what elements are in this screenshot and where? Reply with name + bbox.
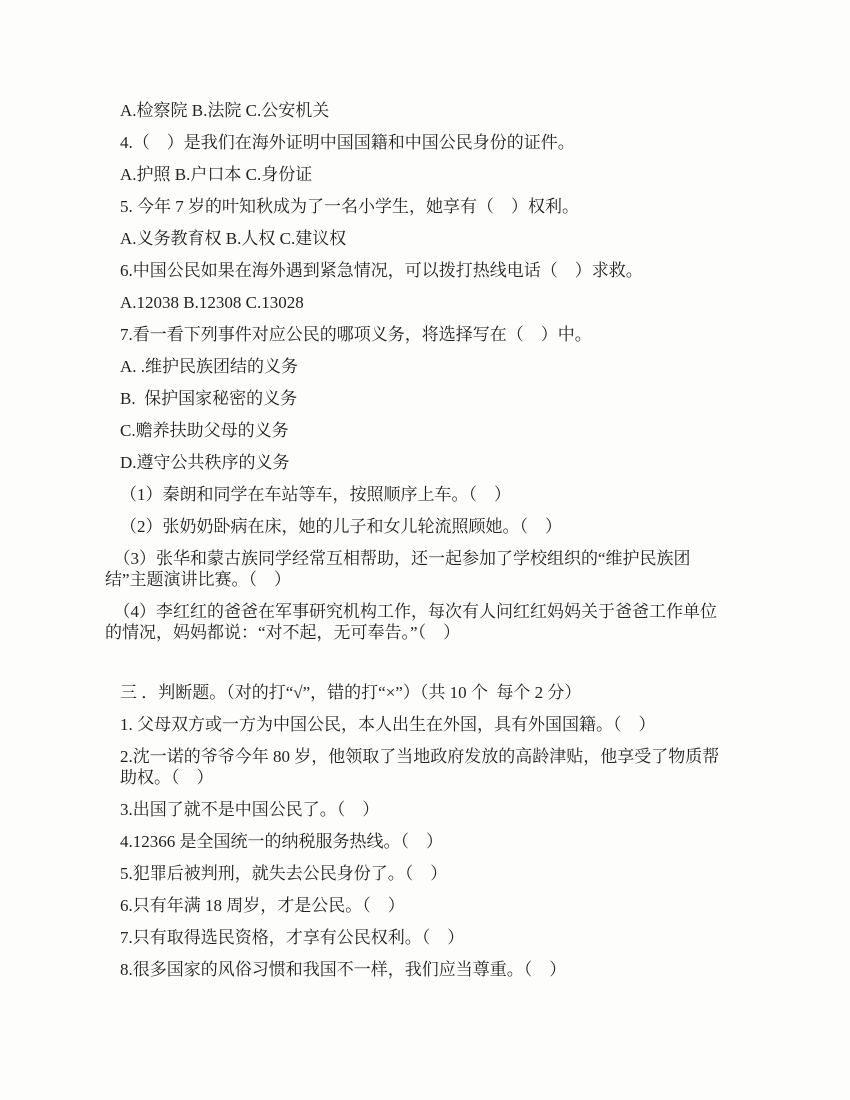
section-3-heading: 三 ．判断题。（对的打“√”，错的打“×”）（共 10 个 每个 2 分） [120, 682, 760, 703]
document-body: A.检察院 B.法院 C.公安机关4.（ ）是我们在海外证明中国国籍和中国公民身… [0, 0, 850, 980]
judge-item-8: 8.很多国家的风俗习惯和我国不一样，我们应当尊重。（ ） [120, 959, 760, 980]
judge-item-5: 5.犯罪后被判刑，就失去公民身份了。（ ） [120, 863, 760, 884]
q7-item-3: （3）张华和蒙古族同学经常互相帮助，还一起参加了学校组织的“维护民族团 结”主题… [105, 548, 760, 590]
q7-option-d: D.遵守公共秩序的义务 [120, 452, 760, 473]
judge-item-1: 1. 父母双方或一方为中国公民，本人出生在外国，具有外国国籍。（ ） [120, 714, 760, 735]
choice-options-q5: A.义务教育权 B.人权 C.建议权 [120, 228, 760, 249]
question-6: 6.中国公民如果在海外遇到紧急情况，可以拨打热线电话（ ）求救。 [120, 260, 760, 281]
judge-item-4: 4.12366 是全国统一的纳税服务热线。（ ） [120, 831, 760, 852]
judge-item-3: 3.出国了就不是中国公民了。（ ） [120, 799, 760, 820]
q7-item-2: （2）张奶奶卧病在床，她的儿子和女儿轮流照顾她。（ ） [120, 516, 760, 537]
q7-item-4: （4）李红红的爸爸在军事研究机构工作，每次有人问红红妈妈关于爸爸工作单位 的情况… [105, 601, 760, 643]
judge-item-7: 7.只有取得选民资格，才享有公民权利。（ ） [120, 927, 760, 948]
q7-item-1: （1）秦朗和同学在车站等车，按照顺序上车。（ ） [120, 484, 760, 505]
judge-item-6: 6.只有年满 18 周岁，才是公民。（ ） [120, 895, 760, 916]
question-4: 4.（ ）是我们在海外证明中国国籍和中国公民身份的证件。 [120, 132, 760, 153]
q7-option-b: B. 保护国家秘密的义务 [120, 388, 760, 409]
choice-options-q4: A.护照 B.户口本 C.身份证 [120, 164, 760, 185]
q7-option-a: A. .维护民族团结的义务 [120, 356, 760, 377]
choice-options-q3: A.检察院 B.法院 C.公安机关 [120, 100, 760, 121]
question-5: 5. 今年 7 岁的叶知秋成为了一名小学生，她享有（ ）权利。 [120, 196, 760, 217]
document-page: A.检察院 B.法院 C.公安机关4.（ ）是我们在海外证明中国国籍和中国公民身… [0, 0, 850, 1100]
choice-options-q6: A.12038 B.12308 C.13028 [120, 292, 760, 313]
question-7: 7.看一看下列事件对应公民的哪项义务，将选择写在（ ）中。 [120, 324, 760, 345]
q7-option-c: C.赡养扶助父母的义务 [120, 420, 760, 441]
judge-item-2: 2.沈一诺的爷爷今年 80 岁，他领取了当地政府发放的高龄津贴，他享受了物质帮 … [120, 746, 760, 788]
